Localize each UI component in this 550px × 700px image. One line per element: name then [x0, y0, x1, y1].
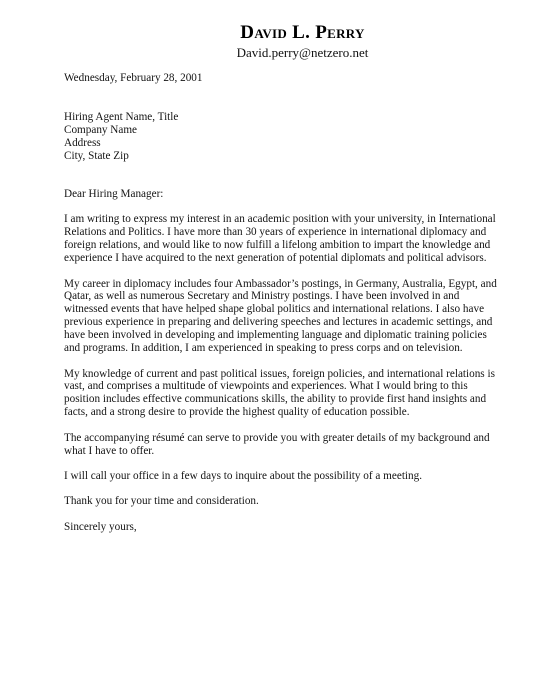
- letterhead: David L. Perry David.perry@netzero.net: [0, 22, 550, 61]
- recipient-city-state-zip: City, State Zip: [64, 150, 504, 163]
- paragraph-thanks: Thank you for your time and consideratio…: [64, 495, 504, 508]
- letter-body: Wednesday, February 28, 2001 Hiring Agen…: [64, 72, 504, 534]
- paragraph-knowledge: My knowledge of current and past politic…: [64, 368, 504, 420]
- recipient-street: Address: [64, 137, 504, 150]
- sender-name: David L. Perry: [55, 22, 550, 44]
- letter-date: Wednesday, February 28, 2001: [64, 72, 504, 85]
- paragraph-intro: I am writing to express my interest in a…: [64, 213, 504, 265]
- closing: Sincerely yours,: [64, 521, 504, 534]
- paragraph-follow-up: I will call your office in a few days to…: [64, 470, 504, 483]
- recipient-address: Hiring Agent Name, Title Company Name Ad…: [64, 111, 504, 163]
- paragraph-career: My career in diplomacy includes four Amb…: [64, 278, 504, 355]
- recipient-company: Company Name: [64, 124, 504, 137]
- paragraph-resume: The accompanying résumé can serve to pro…: [64, 432, 504, 458]
- salutation: Dear Hiring Manager:: [64, 188, 504, 201]
- sender-email: David.perry@netzero.net: [55, 45, 550, 61]
- letter-page: David L. Perry David.perry@netzero.net W…: [0, 0, 550, 700]
- recipient-name-title: Hiring Agent Name, Title: [64, 111, 504, 124]
